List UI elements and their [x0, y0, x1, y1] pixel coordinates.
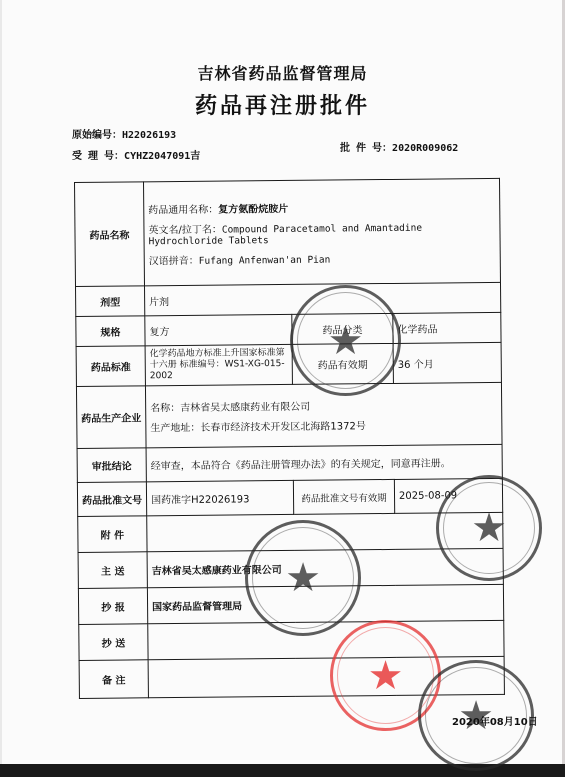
- pinyin-name: 汉语拼音：Fufang Anfenwan'an Pian: [149, 248, 496, 266]
- document-title: 药品再注册批件: [0, 89, 565, 120]
- row-spec: 规格 复方 药品分类 化学药品: [76, 312, 501, 346]
- label-approval-validity: 药品批准文号有效期: [293, 479, 394, 514]
- generic-name-label: 药品通用名称：: [148, 204, 218, 216]
- manufacturer-cell: 名称：吉林省吴太感康药业有限公司 生产地址：长春市经济技术开发区北海路1372号: [145, 382, 502, 447]
- conclusion-value: 经审查，本品符合《药品注册管理办法》的有关规定，同意再注册。: [146, 444, 502, 481]
- issuer-title: 吉林省药品监督管理局: [0, 61, 565, 84]
- approval-doc-value: 国药准字H22026193: [146, 480, 293, 515]
- original-number-label: 原始编号：: [72, 130, 122, 141]
- row-drug-name: 药品名称 药品通用名称：复方氨酚烷胺片 英文名/拉丁名：Compound Par…: [75, 178, 501, 286]
- label-spec: 规格: [76, 316, 145, 347]
- label-main-recipient: 主 送: [78, 552, 147, 589]
- row-dosage-form: 剂型 片剂: [76, 282, 501, 316]
- label-cc: 抄 送: [79, 624, 148, 661]
- label-dosage-form: 剂型: [76, 286, 145, 317]
- row-manufacturer: 药品生产企业 名称：吉林省吴太感康药业有限公司 生产地址：长春市经济技术开发区北…: [76, 382, 502, 448]
- approval-number: 批 件 号：2020R009062: [340, 139, 458, 154]
- label-manufacturer: 药品生产企业: [76, 386, 146, 449]
- company-seal-3: ★: [245, 520, 361, 636]
- approval-number-value: 2020R009062: [392, 143, 458, 154]
- acceptance-number-value: CYHZ2047091吉: [124, 151, 200, 162]
- issue-date: 2020年08月10日: [452, 713, 538, 728]
- pinyin-value: Fufang Anfenwan'an Pian: [199, 254, 331, 266]
- drug-name-cell: 药品通用名称：复方氨酚烷胺片 英文名/拉丁名：Compound Paraceta…: [144, 178, 501, 285]
- manufacturer-address-label: 生产地址：: [150, 423, 200, 434]
- company-seal-2: ★: [436, 475, 542, 581]
- company-seal-1: ★: [290, 285, 401, 396]
- category-value: 化学药品: [393, 312, 501, 343]
- manufacturer-address: 生产地址：长春市经济技术开发区北海路1372号: [150, 416, 497, 434]
- label-remarks: 备 注: [79, 660, 148, 699]
- label-standard: 药品标准: [76, 346, 145, 387]
- original-number-value: H22026193: [122, 130, 176, 141]
- acceptance-number-label: 受 理 号：: [72, 151, 124, 162]
- manufacturer-name: 名称：吉林省吴太感康药业有限公司: [150, 396, 497, 414]
- generic-name: 药品通用名称：复方氨酚烷胺片: [148, 197, 495, 215]
- standard-value: 化学药品地方标准上升国家标准第十六册 标准编号：WS1-XG-015-2002: [145, 344, 292, 385]
- approval-number-label: 批 件 号：: [340, 143, 392, 154]
- english-name: 英文名/拉丁名：Compound Paracetamol and Amantad…: [148, 217, 495, 246]
- label-attachment: 附 件: [78, 516, 147, 553]
- manufacturer-name-label: 名称：: [150, 403, 180, 414]
- original-number: 原始编号：H22026193: [72, 126, 176, 141]
- label-drug-name: 药品名称: [75, 182, 145, 287]
- label-conclusion: 审批结论: [77, 448, 146, 483]
- label-report-to: 抄 报: [78, 588, 147, 625]
- row-standard: 药品标准 化学药品地方标准上升国家标准第十六册 标准编号：WS1-XG-015-…: [76, 342, 501, 386]
- spec-value: 复方: [145, 314, 292, 345]
- validity-value: 36 个月: [393, 342, 501, 383]
- pinyin-label: 汉语拼音：: [149, 255, 199, 266]
- acceptance-number: 受 理 号：CYHZ2047091吉: [72, 147, 200, 162]
- english-name-label: 英文名/拉丁名：: [148, 224, 221, 236]
- label-approval-doc: 药品批准文号: [77, 482, 146, 517]
- generic-name-value: 复方氨酚烷胺片: [218, 203, 288, 215]
- manufacturer-address-value: 长春市经济技术开发区北海路1372号: [200, 421, 366, 434]
- manufacturer-name-value: 吉林省吴太感康药业有限公司: [180, 402, 310, 414]
- row-conclusion: 审批结论 经审查，本品符合《药品注册管理办法》的有关规定，同意再注册。: [77, 444, 502, 482]
